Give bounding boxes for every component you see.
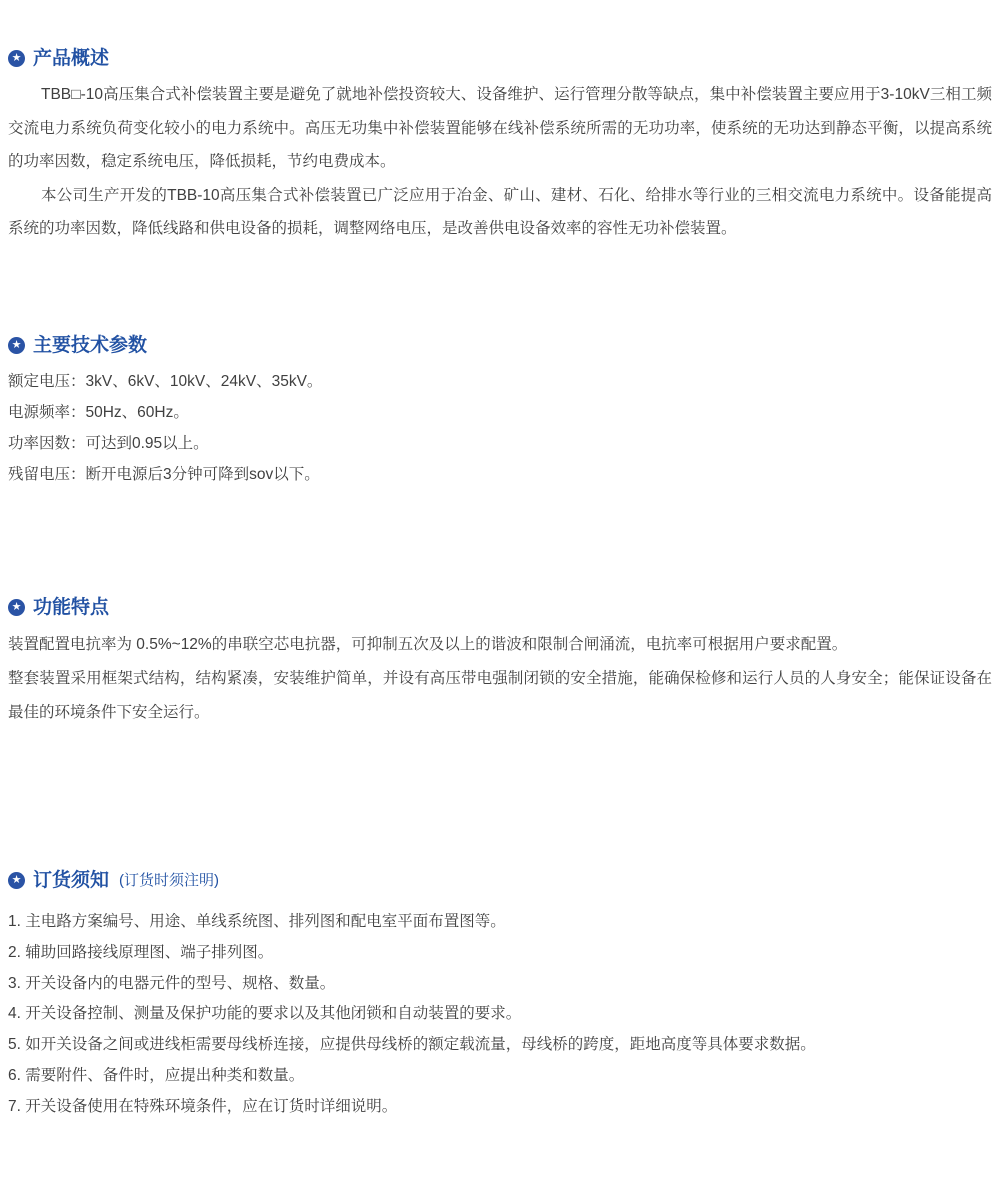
star-badge-icon: ★ <box>8 872 25 889</box>
section-title-features: 功能特点 <box>33 595 109 620</box>
ordering-list-item: 7. 开关设备使用在特殊环境条件，应在订货时详细说明。 <box>8 1092 992 1123</box>
ordering-list-item: 5. 如开关设备之间或进线柜需要母线桥连接，应提供母线桥的额定载流量，母线桥的跨… <box>8 1030 992 1061</box>
overview-paragraph-2: 本公司生产开发的TBB-10高压集合式补偿装置已广泛应用于冶金、矿山、建材、石化… <box>8 179 992 246</box>
section-heading-features: ★ 功能特点 <box>8 595 992 620</box>
ordering-list-item: 1. 主电路方案编号、用途、单线系统图、排列图和配电室平面布置图等。 <box>8 907 992 938</box>
section-heading-ordering: ★ 订货须知 (订货时须注明) <box>8 868 992 893</box>
ordering-list-item: 6. 需要附件、备件时，应提出种类和数量。 <box>8 1061 992 1092</box>
section-ordering-notes: ★ 订货须知 (订货时须注明) 1. 主电路方案编号、用途、单线系统图、排列图和… <box>8 868 992 1123</box>
parameter-line-rated-voltage: 额定电压：3kV、6kV、10kV、24kV、35kV。 <box>8 366 992 397</box>
overview-paragraph-1: TBB□-10高压集合式补偿装置主要是避免了就地补偿投资较大、设备维护、运行管理… <box>8 78 992 179</box>
ordering-list-item: 4. 开关设备控制、测量及保护功能的要求以及其他闭锁和自动装置的要求。 <box>8 999 992 1030</box>
section-technical-parameters: ★ 主要技术参数 额定电压：3kV、6kV、10kV、24kV、35kV。 电源… <box>8 333 992 490</box>
parameter-line-residual-voltage: 残留电压：断开电源后3分钟可降到sov以下。 <box>8 459 992 490</box>
section-product-overview: ★ 产品概述 TBB□-10高压集合式补偿装置主要是避免了就地补偿投资较大、设备… <box>8 46 992 246</box>
section-title-overview: 产品概述 <box>33 46 109 71</box>
star-badge-icon: ★ <box>8 599 25 616</box>
features-paragraph-1: 装置配置电抗率为 0.5%~12%的串联空芯电抗器，可抑制五次及以上的谐波和限制… <box>8 628 992 662</box>
section-heading-parameters: ★ 主要技术参数 <box>8 333 992 358</box>
features-paragraph-2: 整套装置采用框架式结构，结构紧凑，安装维护简单，并设有高压带电强制闭锁的安全措施… <box>8 662 992 730</box>
parameter-line-frequency: 电源频率：50Hz、60Hz。 <box>8 397 992 428</box>
star-badge-icon: ★ <box>8 50 25 67</box>
section-features: ★ 功能特点 装置配置电抗率为 0.5%~12%的串联空芯电抗器，可抑制五次及以… <box>8 595 992 730</box>
ordering-list: 1. 主电路方案编号、用途、单线系统图、排列图和配电室平面布置图等。 2. 辅助… <box>8 907 992 1123</box>
features-paragraphs: 装置配置电抗率为 0.5%~12%的串联空芯电抗器，可抑制五次及以上的谐波和限制… <box>8 628 992 730</box>
overview-paragraphs: TBB□-10高压集合式补偿装置主要是避免了就地补偿投资较大、设备维护、运行管理… <box>8 78 992 246</box>
section-subtitle-ordering: (订货时须注明) <box>119 868 219 893</box>
datasheet-page: ★ 产品概述 TBB□-10高压集合式补偿装置主要是避免了就地补偿投资较大、设备… <box>0 0 1000 1192</box>
parameter-list: 额定电压：3kV、6kV、10kV、24kV、35kV。 电源频率：50Hz、6… <box>8 366 992 490</box>
parameter-line-power-factor: 功率因数：可达到0.95以上。 <box>8 428 992 459</box>
section-heading-overview: ★ 产品概述 <box>8 46 992 71</box>
star-badge-icon: ★ <box>8 337 25 354</box>
ordering-list-item: 2. 辅助回路接线原理图、端子排列图。 <box>8 938 992 969</box>
section-title-parameters: 主要技术参数 <box>33 333 147 358</box>
section-title-ordering: 订货须知 <box>33 868 109 893</box>
ordering-list-item: 3. 开关设备内的电器元件的型号、规格、数量。 <box>8 969 992 1000</box>
